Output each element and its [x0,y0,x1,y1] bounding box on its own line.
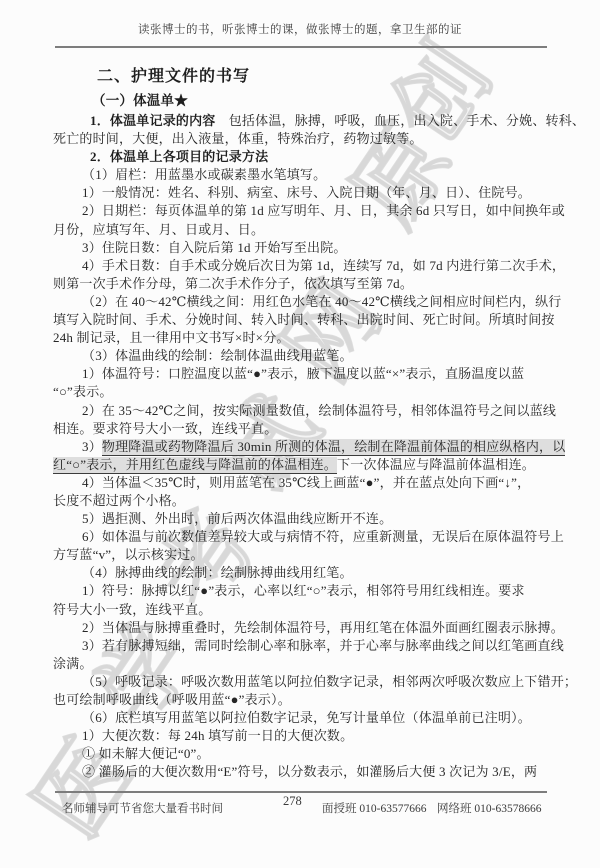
header-rule [55,46,547,48]
text-line: 5）遇拒测、外出时，前后两次体温曲线应断开不连。 [53,510,553,528]
text-segment: 3）住院日数：自入院后第 1d 开始写至出院。 [82,240,347,255]
text-line: 则第一次手术作分母，第二次手术作分子，依次填写至第 7d。 [53,275,553,293]
text-segment: 月份，应填写年、月、日或月、日。 [53,222,264,237]
text-segment: 2）当体温与脉搏重叠时，先绘制体温符号，再用红笔在体温外面画红圈表示脉搏。 [82,620,564,635]
text-segment: 3） [82,439,102,454]
text-segment: 填写入院时间、手术、分娩时间、转入时间、转科、出院时间、死亡时间。所填时间按 [53,312,555,327]
text-segment: 死亡的时间，大便，出入液量，体重，特殊治疗，药物过敏等。 [53,131,423,146]
text-segment: ② 灌肠后的大便次数用“E”符号，以分数表示，如灌肠后大便 3 次记为 3/E，… [82,764,537,779]
text-line: （3）体温曲线的绘制：绘制体温曲线用蓝笔。 [53,347,553,365]
text-segment: （6）底栏填写用蓝笔以阿拉伯数字记录，免写计量单位（体温单前已注明）。 [82,710,531,725]
text-segment: 24h 制记录，且一律用中文书写×时×分。 [53,330,290,345]
text-line: 2）当体温与脉搏重叠时，先绘制体温符号，再用红笔在体温外面画红圈表示脉搏。 [53,619,553,637]
text-line: 符号大小一致，连线平直。 [53,601,553,619]
text-line: 1）一般情况：姓名、科别、病室、床号、入院日期（年、月、日）、住院号。 [53,184,553,202]
text-segment: 4）手术日数：自手术或分娩后次日为第 1d，连续写 7d，如 7d 内进行第二次… [82,258,565,273]
page-footer: 名师辅导可节省您大量看书时间 278 面授班 010-63577666 网络班 … [0,797,600,821]
text-line: 红“○”表示，并用红色虚线与降温前的体温相连。下一次体温应与降温前体温相连。 [53,456,553,474]
highlighted-text: 红“○”表示，并用红色虚线与降温前的体温相连。 [53,457,337,474]
text-segment: （4）脉搏曲线的绘制：绘制脉搏曲线用红笔。 [82,565,353,580]
text-line: 6）如体温与前次数值差异较大或与病情不符，应重新测量，无误后在原体温符号上 [53,528,553,546]
header-slogan: 读张博士的书，听张博士的课，做张博士的题，拿卫生部的证 [0,21,600,37]
text-segment: （1）眉栏：用蓝墨水或碳素墨水笔填写。 [82,167,326,182]
text-line: （4）脉搏曲线的绘制：绘制脉搏曲线用红笔。 [53,564,553,582]
bold-run-in-heading: 1．体温单记录的内容 [90,113,216,128]
text-line: 死亡的时间，大便，出入液量，体重，特殊治疗，药物过敏等。 [53,130,553,148]
text-segment: 1）一般情况：姓名、科别、病室、床号、入院日期（年、月、日）、住院号。 [82,185,531,200]
section-title: 二、护理文件的书写 [53,64,553,90]
document-content: 二、护理文件的书写 （一）体温单★ 1．体温单记录的内容 包括体温，脉搏，呼吸，… [53,64,553,781]
text-line: 方写蓝“v”，以示核实过。 [53,546,553,564]
text-segment: 符号大小一致，连线平直。 [53,602,211,617]
text-segment: ① 如未解大便记“0”。 [82,746,210,761]
footer-phone-online: 网络班 010-63578666 [437,800,541,816]
text-segment: 涂满。 [53,656,93,671]
text-segment: 相连。要求符号大小一致，连线平直。 [53,421,277,436]
text-line: 也可绘制呼吸曲线（呼吸用蓝“●”表示）。 [53,691,553,709]
text-segment: 长度不超过两个小格。 [53,493,185,508]
text-line: “○”表示。 [53,383,553,401]
text-line: 相连。要求符号大小一致，连线平直。 [53,420,553,438]
text-segment: 6）如体温与前次数值差异较大或与病情不符，应重新测量，无误后在原体温符号上 [82,529,564,544]
text-segment: 方写蓝“v”，以示核实过。 [53,547,204,562]
text-line: （5）呼吸记录：呼吸次数用蓝笔以阿拉伯数字记录，相邻两次呼吸次数应上下错开； [53,673,553,691]
text-line: 3）物理降温或药物降温后 30min 所测的体温，绘制在降温前体温的相应纵格内，… [53,438,553,456]
text-segment: 2）日期栏：每页体温单的第 1d 应写明年、月、日，其余 6d 只写日，如中间换… [82,203,565,218]
footer-phone-onsite: 面授班 010-63577666 [322,800,426,816]
text-line: 2．体温单上各项目的记录方法 [53,148,553,166]
highlighted-text: 物理降温或药物降温后 30min 所测的体温，绘制在降温前体温的相应纵格内，以 [102,439,566,456]
text-line: 涂满。 [53,655,553,673]
text-line: 1）大便次数：每 24h 填写前一日的大便次数。 [53,727,553,745]
text-line: 2）在 35～42℃之间，按实际测量数值，绘制体温符号，相邻体温符号之间以蓝线 [53,402,553,420]
bold-run-in-heading: 2．体温单上各项目的记录方法 [90,149,268,164]
text-segment: 下一次体温应与降温前体温相连。 [337,457,535,472]
text-segment: 5）遇拒测、外出时，前后两次体温曲线应断开不连。 [82,511,392,526]
text-segment: 1）大便次数：每 24h 填写前一日的大便次数。 [82,728,353,743]
document-page: 医学考试网原创 读张博士的书，听张博士的课，做张博士的题，拿卫生部的证 二、护理… [0,0,600,868]
text-line: 1）符号：脉搏以红“●”表示，心率以红“○”表示，相邻符号用红线相连。要求 [53,582,553,600]
text-segment: 4）当体温＜35℃时，则用蓝笔在 35℃线上画蓝“●”，并在蓝点处向下画“↓”， [82,475,530,490]
text-segment: 3）若有脉搏短绌，需同时绘制心率和脉率，并于心率与脉率曲线之间以红笔画直线 [82,638,564,653]
text-line: 24h 制记录，且一律用中文书写×时×分。 [53,329,553,347]
text-line: 2）日期栏：每页体温单的第 1d 应写明年、月、日，其余 6d 只写日，如中间换… [53,202,553,220]
text-line: （2）在 40～42℃横线之间：用红色水笔在 40～42℃横线之间相应时间栏内，… [53,293,553,311]
footer-slogan: 名师辅导可节省您大量看书时间 [62,800,223,816]
text-segment: 也可绘制呼吸曲线（呼吸用蓝“●”表示）。 [53,692,291,707]
text-line: 1）体温符号：口腔温度以蓝“●”表示，腋下温度以蓝“×”表示，直肠温度以蓝 [53,365,553,383]
page-number: 278 [283,794,302,809]
text-line: ① 如未解大便记“0”。 [53,745,553,763]
text-line: 3）住院日数：自入院后第 1d 开始写至出院。 [53,239,553,257]
body-lines: 1．体温单记录的内容 包括体温，脉搏，呼吸，血压，出入院、手术、分娩、转科、死亡… [53,112,553,781]
text-line: 月份，应填写年、月、日或月、日。 [53,221,553,239]
text-segment: （2）在 40～42℃横线之间：用红色水笔在 40～42℃横线之间相应时间栏内，… [82,294,562,309]
text-line: （6）底栏填写用蓝笔以阿拉伯数字记录，免写计量单位（体温单前已注明）。 [53,709,553,727]
footer-rule [55,791,547,793]
text-segment: 则第一次手术作分母，第二次手术作分子，依次填写至第 7d。 [53,276,413,291]
text-segment: 1）符号：脉搏以红“●”表示，心率以红“○”表示，相邻符号用红线相连。要求 [82,583,525,598]
text-line: （1）眉栏：用蓝墨水或碳素墨水笔填写。 [53,166,553,184]
text-line: 填写入院时间、手术、分娩时间、转入时间、转科、出院时间、死亡时间。所填时间按 [53,311,553,329]
text-line: 4）当体温＜35℃时，则用蓝笔在 35℃线上画蓝“●”，并在蓝点处向下画“↓”， [53,474,553,492]
subsection-title: （一）体温单★ [53,90,553,112]
text-line: 长度不超过两个小格。 [53,492,553,510]
text-line: ② 灌肠后的大便次数用“E”符号，以分数表示，如灌肠后大便 3 次记为 3/E，… [53,763,553,781]
text-segment: 1）体温符号：口腔温度以蓝“●”表示，腋下温度以蓝“×”表示，直肠温度以蓝 [82,366,524,381]
text-line: 1．体温单记录的内容 包括体温，脉搏，呼吸，血压，出入院、手术、分娩、转科、 [53,112,553,130]
text-line: 3）若有脉搏短绌，需同时绘制心率和脉率，并于心率与脉率曲线之间以红笔画直线 [53,637,553,655]
text-segment: （5）呼吸记录：呼吸次数用蓝笔以阿拉伯数字记录，相邻两次呼吸次数应上下错开； [82,674,577,689]
text-segment: “○”表示。 [53,384,113,399]
text-segment: 2）在 35～42℃之间，按实际测量数值，绘制体温符号，相邻体温符号之间以蓝线 [82,403,556,418]
text-segment: （3）体温曲线的绘制：绘制体温曲线用蓝笔。 [82,348,353,363]
text-line: 4）手术日数：自手术或分娩后次日为第 1d，连续写 7d，如 7d 内进行第二次… [53,257,553,275]
text-segment: 包括体温，脉搏，呼吸，血压，出入院、手术、分娩、转科、 [216,113,586,128]
